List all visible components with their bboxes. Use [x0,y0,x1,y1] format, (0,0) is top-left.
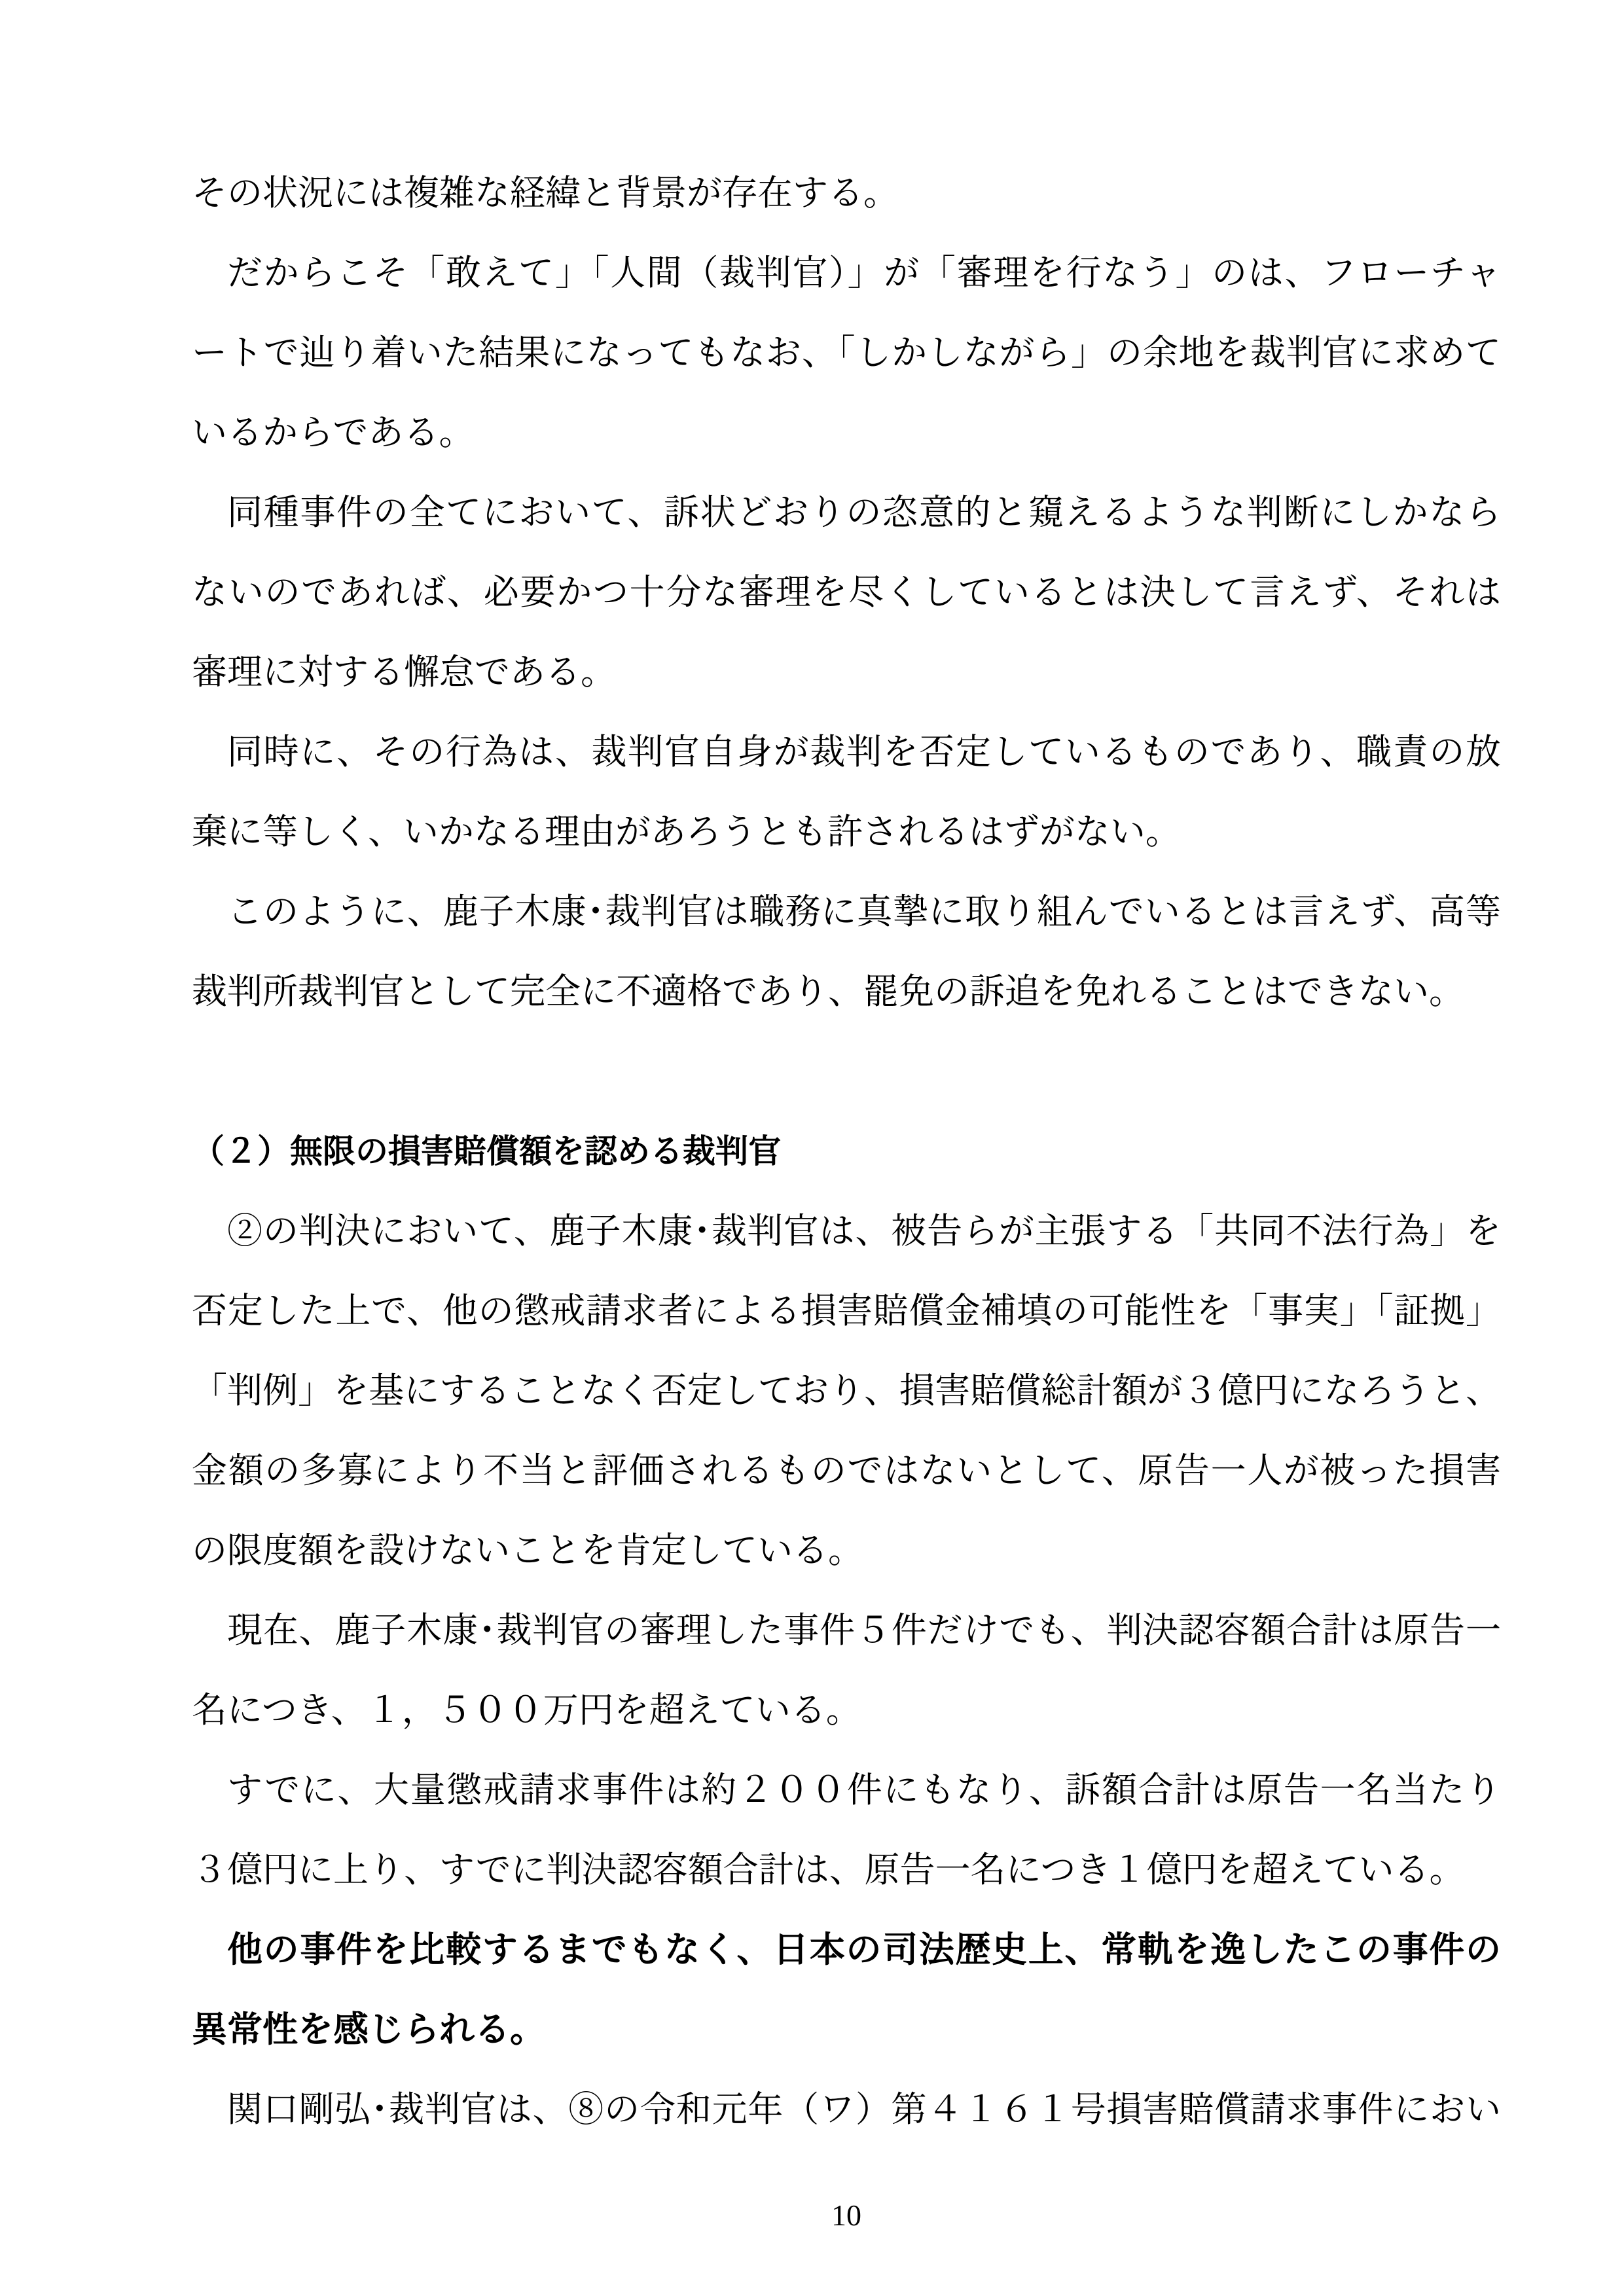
emphasized-text-line: 他の事件を比較するまでもなく、日本の司法歴史上、常軌を逸したこの事件の [192,1910,1501,1990]
text-line: 否定した上で、他の懲戒請求者による損害賠償金補填の可能性を「事実」「証拠」 [192,1271,1501,1351]
document-page: その状況には複雑な経緯と背景が存在する。だからこそ「敢えて」「人間（裁判官）」が… [0,0,1624,2296]
text-line: このように、鹿子木康･裁判官は職務に真摯に取り組んでいるとは言えず、高等 [192,872,1501,952]
text-line: 現在、鹿子木康･裁判官の審理した事件５件だけでも、判決認容額合計は原告一 [192,1590,1501,1670]
text-line: ②の判決において、鹿子木康･裁判官は、被告らが主張する「共同不法行為」を [192,1191,1501,1271]
text-line: 金額の多寡により不当と評価されるものではないとして、原告一人が被った損害 [192,1431,1501,1511]
text-line: 同種事件の全てにおいて、訴状どおりの恣意的と窺えるような判断にしかなら [192,473,1501,552]
emphasized-text-line: 異常性を感じられる。 [192,1990,1501,2070]
text-line: 審理に対する懈怠である。 [192,632,1501,712]
text-line: すでに、大量懲戒請求事件は約２００件にもなり、訴額合計は原告一名当たり [192,1750,1501,1830]
text-line: 同時に、その行為は、裁判官自身が裁判を否定しているものであり、職責の放 [192,712,1501,792]
text-block: その状況には複雑な経緯と背景が存在する。だからこそ「敢えて」「人間（裁判官）」が… [192,153,1501,2149]
text-line: その状況には複雑な経緯と背景が存在する。 [192,153,1501,233]
section-heading: （２）無限の損害賠償額を認める裁判官 [192,1111,1501,1191]
text-line: 裁判所裁判官として完全に不適格であり、罷免の訴追を免れることはできない。 [192,952,1501,1031]
text-line: 「判例」を基にすることなく否定しており、損害賠償総計額が３億円になろうと、 [192,1351,1501,1431]
text-line: 名につき、１，５００万円を超えている。 [192,1670,1501,1750]
text-line: ないのであれば、必要かつ十分な審理を尽くしているとは決して言えず、それは [192,552,1501,632]
text-line: の限度額を設けないことを肯定している。 [192,1511,1501,1590]
blank-line [192,1031,1501,1111]
page-number: 10 [192,2199,1501,2232]
text-line: だからこそ「敢えて」「人間（裁判官）」が「審理を行なう」のは、フローチャ [192,233,1501,313]
text-line: 関口剛弘･裁判官は、⑧の令和元年（ワ）第４１６１号損害賠償請求事件におい [192,2070,1501,2149]
text-line: 棄に等しく、いかなる理由があろうとも許されるはずがない。 [192,792,1501,872]
text-line: ートで辿り着いた結果になってもなお、「しかしながら」の余地を裁判官に求めて [192,313,1501,393]
text-line: いるからである。 [192,393,1501,473]
text-line: ３億円に上り、すでに判決認容額合計は、原告一名につき１億円を超えている。 [192,1830,1501,1910]
